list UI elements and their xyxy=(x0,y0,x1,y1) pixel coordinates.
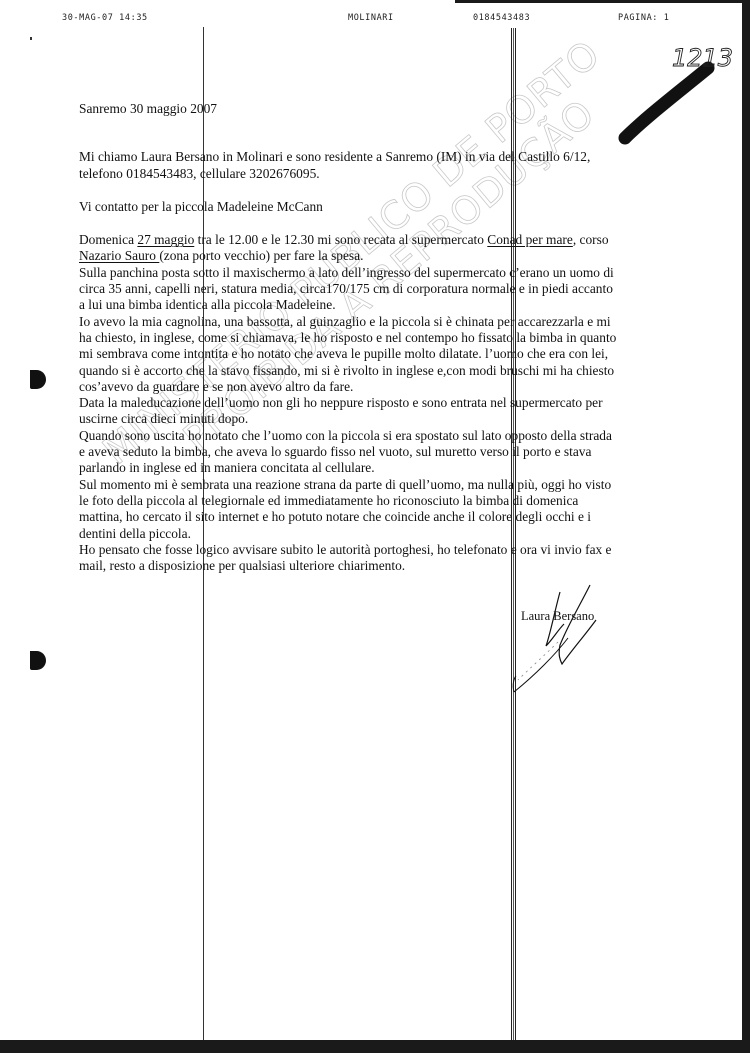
fax-page-number: PAGINA: 1 xyxy=(618,13,669,23)
scan-speck xyxy=(30,37,32,40)
letter-date: Sanremo 30 maggio 2007 xyxy=(79,101,659,117)
intro-line: Mi chiamo Laura Bersano in Molinari e so… xyxy=(79,149,659,165)
letter-body: Sanremo 30 maggio 2007 Mi chiamo Laura B… xyxy=(79,101,659,574)
fax-header: 30-MAG-07 14:35 MOLINARI 0184543483 PAGI… xyxy=(0,13,742,27)
body-line: circa 35 anni, capelli neri, statura med… xyxy=(79,281,659,297)
body-line: le foto della piccola al telegiornale ed… xyxy=(79,493,659,509)
body-line: Domenica 27 maggio tra le 12.00 e le 12.… xyxy=(79,232,659,248)
body-line: Sul momento mi è sembrata una reazione s… xyxy=(79,477,659,493)
body-line: a lui una bimba identica alla piccola Ma… xyxy=(79,297,659,313)
body-line: e aveva seduto la bimba, che aveva lo sg… xyxy=(79,444,659,460)
body-line: mail, resto a disposizione per qualsiasi… xyxy=(79,558,659,574)
fax-sender: MOLINARI xyxy=(348,13,394,23)
intro-line: telefono 0184543483, cellulare 320267609… xyxy=(79,166,659,182)
body-line: parlando in inglese ed in maniera concit… xyxy=(79,460,659,476)
body-line: Sulla panchina posta sotto il maxischerm… xyxy=(79,265,659,281)
signature-scribble-icon xyxy=(500,580,620,700)
body-line: cos’avevo da guardare e se non avevo alt… xyxy=(79,379,659,395)
scan-edge-bottom xyxy=(0,1040,750,1053)
handwritten-page-number: 1213 xyxy=(672,44,733,72)
scan-edge-top xyxy=(455,0,742,3)
body-line: Data la maleducazione dell’uomo non gli … xyxy=(79,395,659,411)
fax-page: 30-MAG-07 14:35 MOLINARI 0184543483 PAGI… xyxy=(0,0,742,1040)
body-line: mattina, ho cercato il sito internet e h… xyxy=(79,509,659,525)
body-line: dentini della piccola. xyxy=(79,526,659,542)
body-line: ha chiesto, in inglese, come si chiamava… xyxy=(79,330,659,346)
body-line: Io avevo la mia cagnolina, una bassotta,… xyxy=(79,314,659,330)
body-line: Nazario Sauro (zona porto vecchio) per f… xyxy=(79,248,659,264)
letter-subject: Vi contatto per la piccola Madeleine McC… xyxy=(79,199,659,215)
punch-hole xyxy=(30,370,46,389)
body-line: uscirne circa dieci minuti dopo. xyxy=(79,411,659,427)
body-line: Quando sono uscita ho notato che l’uomo … xyxy=(79,428,659,444)
fax-phone: 0184543483 xyxy=(473,13,530,23)
body-line: mi sembrava come intontita e ho notato c… xyxy=(79,346,659,362)
punch-hole xyxy=(30,651,46,670)
fax-date-time: 30-MAG-07 14:35 xyxy=(62,13,148,23)
body-line: Ho pensato che fosse logico avvisare sub… xyxy=(79,542,659,558)
body-line: quando si è accorto che la stavo fissand… xyxy=(79,363,659,379)
scan-edge-right xyxy=(742,0,750,1053)
